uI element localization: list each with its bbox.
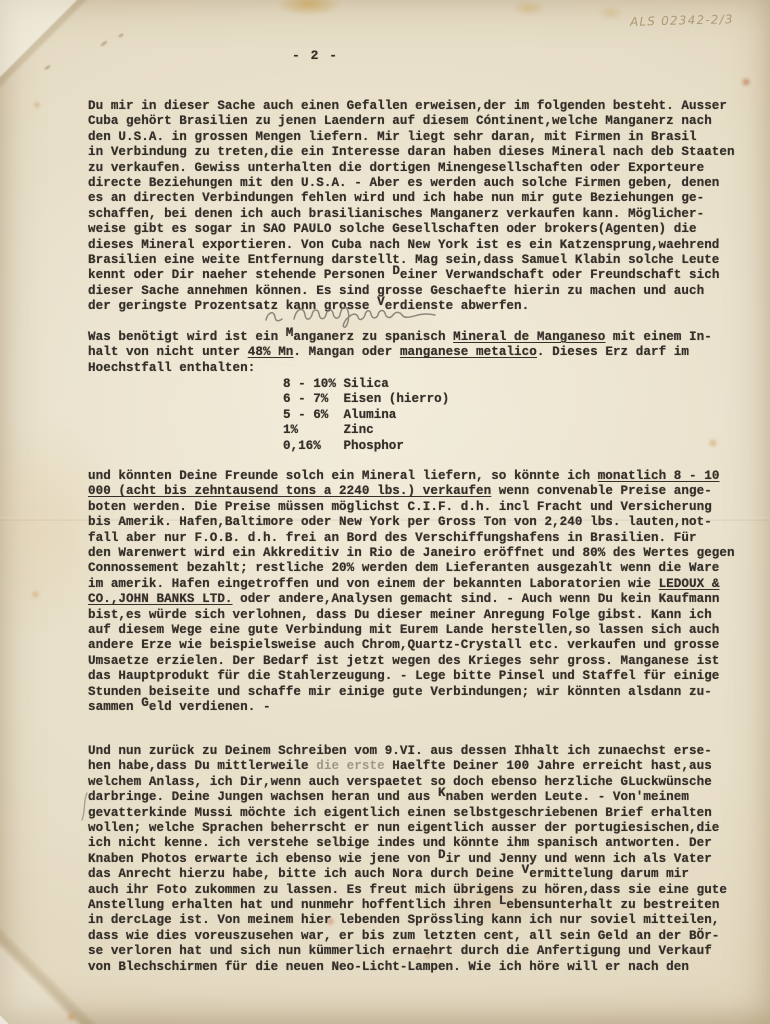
page-number: - 2 -: [292, 48, 339, 63]
paragraph-trade-terms: und könnten Deine Freunde solch ein Mine…: [88, 469, 743, 716]
paper-stain: [598, 6, 624, 20]
ore-composition-list: 8 - 10% Silica6 - 7% Eisen (hierro)5 - 6…: [283, 377, 449, 454]
archive-code: ALS 02342-2/3: [630, 11, 770, 29]
paragraph-manganese-contacts: Du mir in dieser Sache auch einen Gefall…: [88, 99, 743, 315]
letter-page: ALS 02342-2/3 - 2 - Du mir in dieser Sac…: [0, 0, 770, 1024]
paper-stain: [708, 438, 718, 448]
paper-tear: [118, 33, 125, 39]
paper-stain: [512, 0, 546, 16]
paper-stain: [31, 590, 40, 599]
paper-stain: [33, 101, 41, 109]
paper-stain: [276, 0, 342, 16]
paper-stain: [741, 77, 751, 87]
paragraph-family-news: Und nun zurück zu Deinem Schreiben vom 9…: [88, 744, 743, 975]
paragraph-ore-spec: Was benötigt wird ist ein Manganerz zu s…: [88, 330, 743, 376]
paper-tear: [100, 40, 108, 47]
paper-stain: [66, 1012, 76, 1022]
paper-tear: [44, 64, 51, 70]
